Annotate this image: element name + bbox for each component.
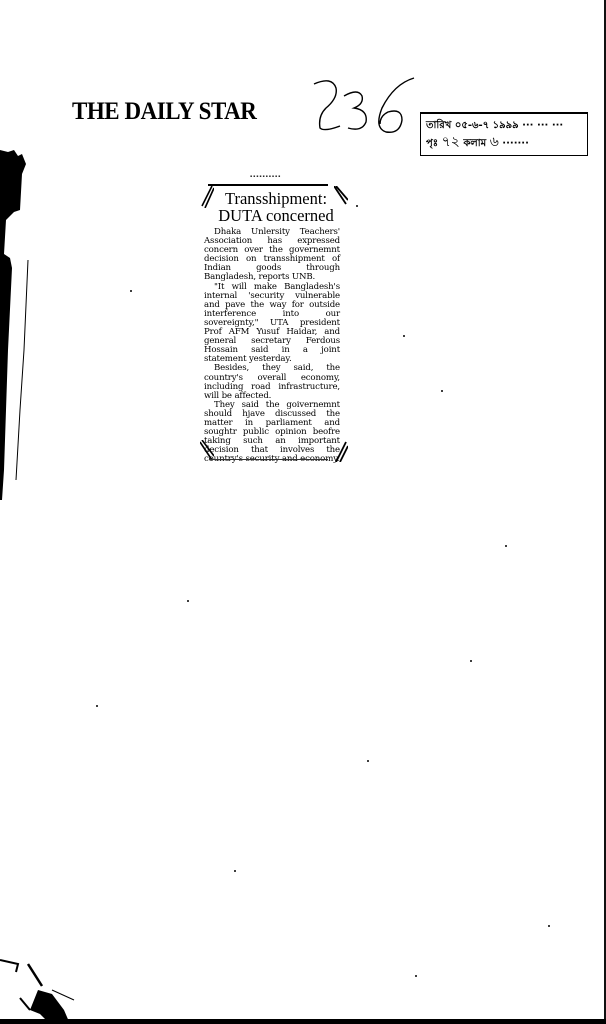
scan-bottom-border <box>0 1019 606 1024</box>
scan-speck <box>548 925 550 927</box>
scan-speck <box>415 975 417 977</box>
stamp-date-label: তারিখ <box>426 120 451 131</box>
clipping-top-rule <box>208 184 328 186</box>
scan-speck <box>234 870 236 872</box>
scan-speck <box>441 390 443 392</box>
scan-speck <box>187 600 189 602</box>
article-paragraph: Dhaka Unlersity Teachers' Association ha… <box>204 228 340 283</box>
stamp-page-value: ৭২ <box>442 134 460 150</box>
article-paragraph: Besides, they said, the country's overal… <box>204 364 340 400</box>
stamp-date-value: ০৫-৬-৭ <box>455 120 489 131</box>
stamp-date-row: তারিখ ০৫-৬-৭ ১৯৯৯ ··· ··· ··· <box>426 117 582 134</box>
stamp-year: ১৯৯৯ <box>493 120 519 131</box>
newspaper-masthead: THE DAILY STAR <box>72 98 256 126</box>
handwritten-page-number: 236 <box>310 74 420 144</box>
headline-line-2: DUTA concerned <box>210 207 342 224</box>
scan-speck <box>367 760 369 762</box>
article-body: Dhaka Unlersity Teachers' Association ha… <box>204 228 340 464</box>
clipping-bottom-rule <box>210 459 328 461</box>
article-paragraph: "It will make Bangladesh's internal 'sec… <box>204 283 340 365</box>
scan-speck <box>130 290 132 292</box>
scan-speck <box>356 205 358 207</box>
stamp-dots: ··· ··· ··· <box>522 120 563 131</box>
scanned-page: THE DAILY STAR 236 তারিখ ০৫-৬-৭ ১৯৯৯ ···… <box>0 0 606 1024</box>
headline-line-1: Transshipment: <box>210 190 342 207</box>
archive-stamp: তারিখ ০৫-৬-৭ ১৯৯৯ ··· ··· ··· পৃঃ ৭২ কলা… <box>420 112 588 156</box>
torn-left-edge <box>0 150 30 500</box>
news-clipping: ▪▪▪▪▪▪▪▪▪▪ Transshipment: DUTA concerned… <box>200 184 342 462</box>
stamp-page-label: পৃঃ <box>426 138 438 149</box>
scan-speck <box>403 335 405 337</box>
article-headline: Transshipment: DUTA concerned <box>210 190 342 224</box>
stamp-page-row: পৃঃ ৭২ কলাম ৬ ······· <box>426 134 582 152</box>
corner-mark-icon <box>334 440 348 462</box>
torn-bottom-corner <box>0 950 140 1024</box>
clipping-top-scrap: ▪▪▪▪▪▪▪▪▪▪ <box>250 174 310 180</box>
handwritten-number-text: 236 <box>310 74 312 75</box>
stamp-dots: ······· <box>502 138 529 149</box>
stamp-column-value: ৬ <box>490 134 499 150</box>
scan-speck <box>505 545 507 547</box>
scan-speck <box>96 705 98 707</box>
scan-speck <box>470 660 472 662</box>
stamp-column-label: কলাম <box>463 138 486 149</box>
article-paragraph: They said the goivernemnt should hjave d… <box>204 401 340 465</box>
